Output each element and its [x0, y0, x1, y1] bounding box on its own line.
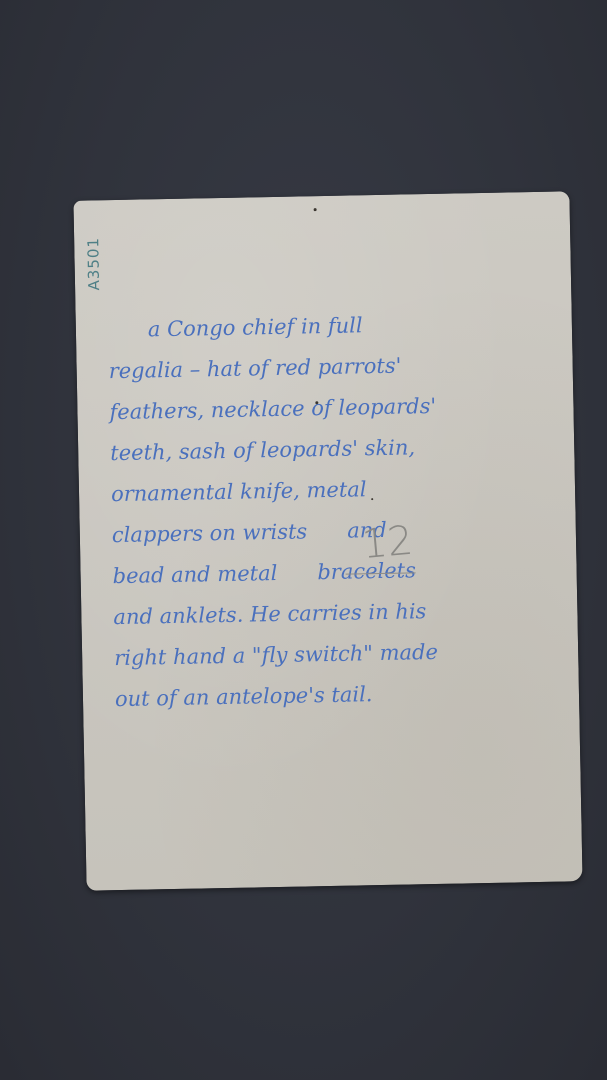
accession-number: A3501	[84, 237, 103, 291]
photo-card-back: A3501 a Congo chief in full regalia – ha…	[73, 191, 582, 890]
pencil-number-mark: 12	[360, 518, 415, 568]
handwritten-inscription: a Congo chief in full regalia – hat of r…	[108, 302, 566, 721]
inscription-line: out of an antelope's tail.	[115, 670, 566, 720]
paper-speck	[314, 208, 317, 211]
paper-speck	[371, 498, 373, 500]
paper-speck	[315, 401, 318, 404]
